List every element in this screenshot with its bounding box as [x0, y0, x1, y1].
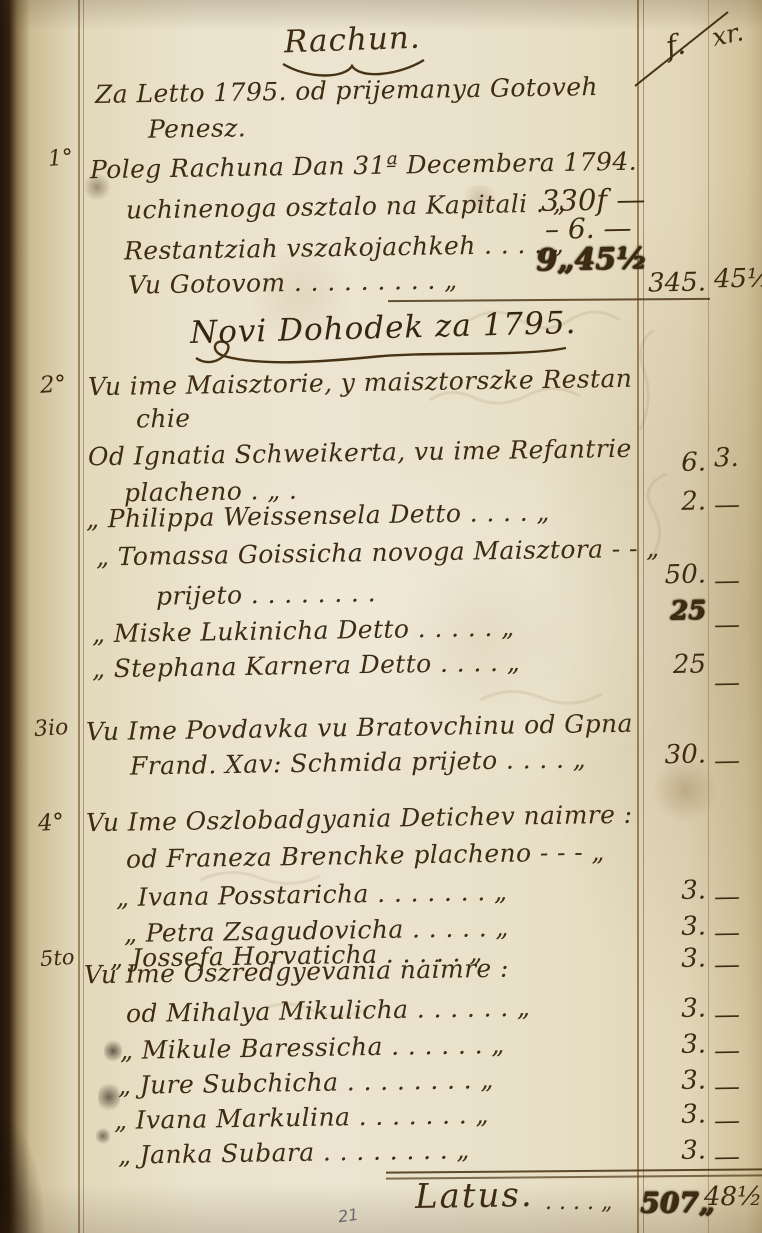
amount-kreuzer: —: [714, 1072, 761, 1103]
opening-sum-rule: [388, 298, 710, 302]
opening-sum-florin: 345.: [646, 267, 707, 298]
text-line: „ Ivana Markulina . . . . . . . „: [114, 1100, 489, 1135]
text-line: Vu Ime Oszredgyevania naimre :: [84, 954, 509, 990]
amount-florin: 3.: [646, 1099, 707, 1130]
amount-florin: 3.: [646, 943, 707, 974]
margin-rule-outer: [78, 0, 80, 1233]
bottom-left-corner-shadow: [0, 1113, 46, 1233]
text-line: od Franeza Brenchke placheno - - - „: [126, 837, 605, 874]
text-line: „ Janka Subara . . . . . . . . „: [118, 1135, 470, 1170]
text-line: Poleg Rachuna Dan 31ª Decembera 1794.: [90, 147, 637, 185]
margin-item-number-5: 5to: [39, 945, 75, 971]
amount-florin: 30.: [646, 739, 707, 770]
text-line: od Mihalya Mikulicha . . . . . . „: [126, 993, 531, 1028]
pencil-folio-number: 21: [337, 1205, 360, 1227]
text-line: uchinenoga osztalo na Kapitali . „: [126, 189, 566, 225]
text-line: Vu Ime Oszlobadgyania Detichev naimre :: [86, 800, 633, 838]
amount-kreuzer: —: [714, 668, 761, 699]
margin-rule-inner: [83, 0, 84, 1233]
margin-item-number-2: 2°: [39, 371, 67, 399]
amount-kreuzer: —: [714, 746, 761, 777]
amount-florin: 25: [646, 649, 707, 680]
text-line: Vu ime Maisztorie, y maisztorszke Restan: [88, 364, 633, 402]
amount-florin: 3.: [646, 875, 707, 906]
text-line: Penesz.: [148, 113, 247, 144]
amount-kreuzer: —: [714, 918, 761, 949]
amount-florin-overwritten: 25: [646, 595, 707, 626]
text-line: „ Mikule Baressicha . . . . . . „: [120, 1030, 505, 1065]
column-header-kreuzer: xr.: [709, 17, 746, 52]
amount-florin: 3.: [646, 1065, 707, 1096]
latus-leaders: . . . . „: [545, 1190, 612, 1215]
text-line: Restantziah vszakojachkeh . . . . „: [124, 230, 565, 266]
amount-kreuzer: —: [714, 610, 761, 641]
margin-item-number-3: 3io: [33, 715, 69, 742]
section-heading: Novi Dohodek za 1795.: [190, 305, 577, 351]
amount-kreuzer: 3.: [714, 443, 761, 474]
text-line: Od Ignatia Schweikerta, vu ime Refantrie: [88, 434, 632, 472]
text-line: „ Ivana Posstaricha . . . . . . . „: [116, 877, 508, 912]
text-line: Frand. Xav: Schmida prijeto . . . . „: [130, 744, 586, 780]
text-line: Za Letto 1795. od prijemanya Gotoveh: [95, 72, 598, 109]
margin-item-number-1: 1°: [47, 145, 74, 172]
amount-florin: 3.: [646, 993, 707, 1024]
amount-florin: 50.: [646, 559, 707, 590]
text-line: „ Tomassa Goissicha novoga Maisztora - -…: [96, 534, 660, 572]
amount-kreuzer: —: [714, 1000, 761, 1031]
amount-kreuzer: —: [714, 490, 761, 521]
latus-rule-top: [386, 1168, 762, 1173]
text-line: Vu Ime Povdavka vu Bratovchinu od Gpna: [86, 709, 633, 747]
text-line: chie: [136, 404, 191, 434]
amount-kreuzer: —: [714, 950, 761, 981]
kreuzer-column-rule: [708, 0, 709, 1233]
amount-kreuzer: —: [714, 882, 761, 913]
latus-label: Latus.: [415, 1175, 534, 1217]
amount-florin: 3.: [646, 1029, 707, 1060]
amount-florin: 6.: [646, 447, 707, 478]
amount-kreuzer: —: [714, 1036, 761, 1067]
amount-kreuzer: —: [714, 1106, 761, 1137]
text-line: Vu Gotovom . . . . . . . . . „: [128, 265, 458, 299]
text-line: „ Miske Lukinicha Detto . . . . . „: [92, 613, 515, 649]
amount-florin: 3.: [646, 911, 707, 942]
amount-florin: 3.: [646, 1135, 707, 1166]
text-line: „ Jure Subchicha . . . . . . . . „: [118, 1065, 494, 1100]
amount-florin: 2.: [646, 486, 707, 517]
text-line: „ Philippa Weissensela Detto . . . . „: [86, 497, 550, 533]
opening-sum-kreuzer: 45½: [714, 264, 761, 295]
amount-kreuzer: —: [714, 1142, 761, 1173]
manuscript-page: Rachun. f. xr. 1° 2° 3io 4° 5to Za Letto…: [0, 0, 762, 1233]
amount-kreuzer: —: [714, 566, 761, 597]
column-header-florin: f.: [663, 26, 689, 63]
text-line: prijeto . . . . . . . .: [156, 578, 376, 610]
ink-blot: [96, 1126, 110, 1146]
latus-total-kreuzer: 48½: [704, 1182, 762, 1212]
page-title: Rachun.: [283, 20, 421, 61]
margin-item-number-4: 4°: [37, 809, 65, 837]
amount-inline: 9„45½: [536, 241, 648, 278]
text-line: „ Stephana Karnera Detto . . . . „: [92, 648, 521, 684]
book-spine-edge: [0, 0, 30, 1233]
